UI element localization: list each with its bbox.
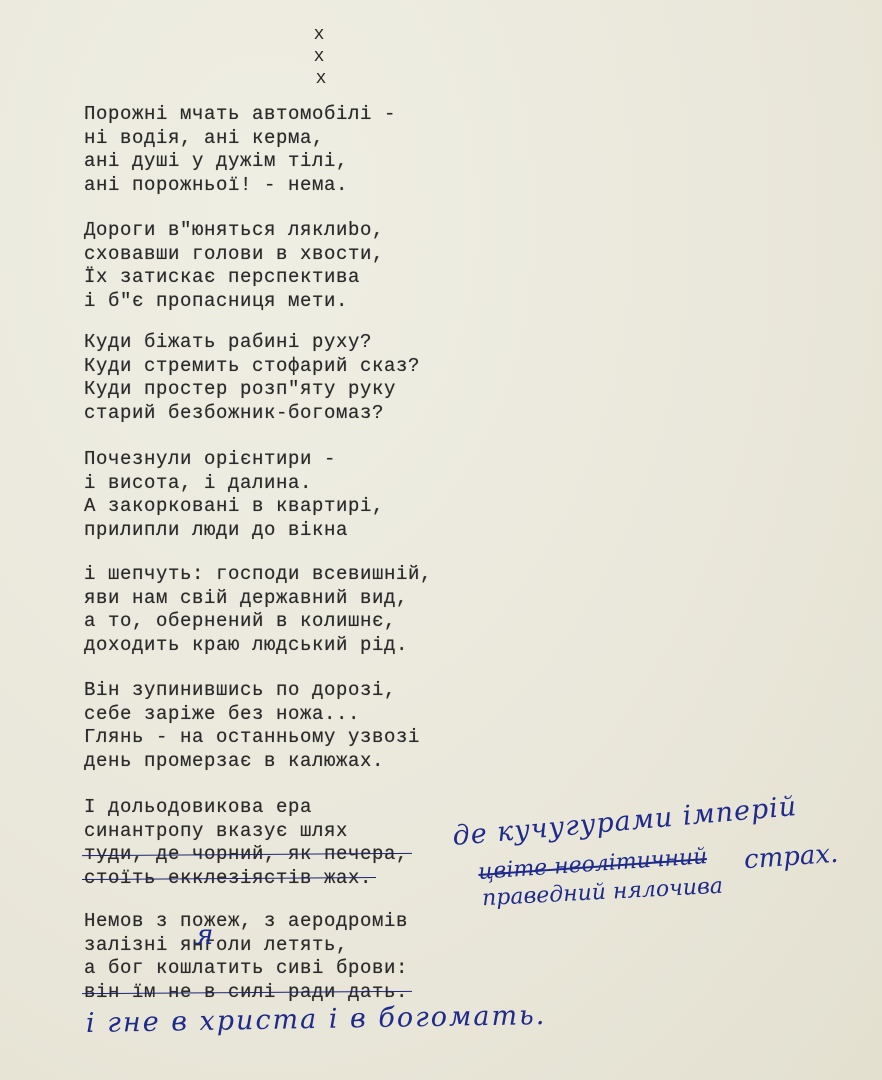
ornament-row-2: x [296, 68, 346, 90]
stanza-1: Порожні мчать автомобілі -ні водія, ані … [84, 103, 396, 197]
verse-line-row: Куди стремить стофарий сказ? [84, 355, 420, 379]
verse-line: ані душі у дужім тілі, [84, 150, 348, 172]
verse-line: доходить краю людський рід. [84, 634, 408, 656]
section-ornament: x x x [296, 24, 346, 90]
verse-line-row: Куди простер розп"яту руку [84, 378, 420, 402]
verse-line: а то, обернений в колишнє, [84, 610, 396, 632]
verse-line: залізні янголи летять, [84, 934, 348, 956]
verse-line: Куди біжать рабині руху? [84, 331, 372, 353]
verse-line: І дольодовикова ера [84, 796, 312, 818]
verse-line: ані порожньої! - нема. [84, 174, 348, 196]
verse-line-row: Дороги в"юняться ляклиbо, [84, 219, 384, 243]
verse-line: Він зупинившись по дорозі, [84, 679, 396, 701]
verse-line: Куди простер розп"яту руку [84, 378, 396, 400]
verse-line-row: Почезнули орієнтири - [84, 448, 384, 472]
verse-line: і шепчуть: господи всевишній, [84, 563, 432, 585]
verse-line-row: доходить краю людський рід. [84, 634, 432, 658]
verse-line-row: Порожні мчать автомобілі - [84, 103, 396, 127]
stanza-2: Дороги в"юняться ляклиbо,сховавши голови… [84, 219, 384, 313]
verse-line-row: а то, обернений в колишнє, [84, 610, 432, 634]
struck-verse-line: він їм не в силі ради дать. [84, 981, 408, 1003]
verse-line-row: Їх затискає перспектива [84, 266, 384, 290]
verse-line-row: себе заріже без ножа... [84, 703, 420, 727]
verse-line-row: ані душі у дужім тілі, [84, 150, 396, 174]
handwritten-note-line-1: де кучугурами імперій [451, 791, 798, 852]
verse-line-row: ні водія, ані керма, [84, 127, 396, 151]
verse-line-row: Глянь - на останньому узвозі [84, 726, 420, 750]
stanza-6: Він зупинившись по дорозі,себе заріже бе… [84, 679, 420, 773]
stanza-8: Немов з пожеж, з аеродромівзалізні янгол… [84, 910, 408, 1004]
stanza-5: і шепчуть: господи всевишній,яви нам сві… [84, 563, 432, 657]
verse-line: Глянь - на останньому узвозі [84, 726, 420, 748]
verse-line: і б"є пропасниця мети. [84, 290, 348, 312]
verse-line-row: туди, де чорний, як печера, [84, 843, 408, 867]
verse-line-row: залізні янголи летять, [84, 934, 408, 958]
verse-line: Їх затискає перспектива [84, 266, 360, 288]
verse-line: себе заріже без ножа... [84, 703, 360, 725]
verse-line: Почезнули орієнтири - [84, 448, 336, 470]
manuscript-page: x x x Порожні мчать автомобілі -ні водія… [0, 0, 882, 1080]
verse-line-row: і б"є пропасниця мети. [84, 290, 384, 314]
verse-line-row: І дольодовикова ера [84, 796, 408, 820]
struck-verse-line: стоїть екклезіястів жах. [84, 867, 372, 889]
verse-line: А закорковані в квартирі, [84, 495, 384, 517]
ornament-row-1: x x [296, 24, 346, 68]
verse-line: Немов з пожеж, з аеродромів [84, 910, 408, 932]
verse-line-row: і шепчуть: господи всевишній, [84, 563, 432, 587]
verse-line: прилипли люди до вікна [84, 519, 348, 541]
verse-line-row: і висота, і далина. [84, 472, 384, 496]
verse-line-row: синантропу вказує шлях [84, 820, 408, 844]
verse-line-row: а бог кошлатить сиві брови: [84, 957, 408, 981]
stanza-4: Почезнули орієнтири -і висота, і далина.… [84, 448, 384, 542]
verse-line-row: Він зупинившись по дорозі, [84, 679, 420, 703]
verse-line-row: сховавши голови в хвости, [84, 243, 384, 267]
verse-line: старий безбожник-богомаз? [84, 402, 384, 424]
verse-line: а бог кошлатить сиві брови: [84, 957, 408, 979]
verse-line: день промерзає в калюжах. [84, 750, 384, 772]
verse-line: Порожні мчать автомобілі - [84, 103, 396, 125]
verse-line-row: яви нам свій державний вид, [84, 587, 432, 611]
verse-line: і висота, і далина. [84, 472, 312, 494]
struck-verse-line: туди, де чорний, як печера, [84, 843, 408, 865]
verse-line: ні водія, ані керма, [84, 127, 324, 149]
verse-line: синантропу вказує шлях [84, 820, 348, 842]
handwritten-insert-letter: я [195, 918, 214, 951]
verse-line-row: старий безбожник-богомаз? [84, 402, 420, 426]
verse-line-row: прилипли люди до вікна [84, 519, 384, 543]
stanza-7: І дольодовикова ерасинантропу вказує шля… [84, 796, 408, 890]
verse-line-row: Немов з пожеж, з аеродромів [84, 910, 408, 934]
verse-line-row: А закорковані в квартирі, [84, 495, 384, 519]
verse-line-row: Куди біжать рабині руху? [84, 331, 420, 355]
verse-line-row: день промерзає в калюжах. [84, 750, 420, 774]
stanza-3: Куди біжать рабині руху?Куди стремить ст… [84, 331, 420, 425]
verse-line: сховавши голови в хвости, [84, 243, 384, 265]
verse-line: Дороги в"юняться ляклиbо, [84, 219, 384, 241]
verse-line: Куди стремить стофарий сказ? [84, 355, 420, 377]
verse-line-row: ані порожньої! - нема. [84, 174, 396, 198]
verse-line: яви нам свій державний вид, [84, 587, 408, 609]
verse-line-row: він їм не в силі ради дать. [84, 981, 408, 1005]
handwritten-note-line-2-end: страх. [743, 839, 839, 876]
verse-line-row: стоїть екклезіястів жах. [84, 867, 408, 891]
handwritten-bottom-line: і гне в христа і в богомать. [86, 1000, 547, 1039]
